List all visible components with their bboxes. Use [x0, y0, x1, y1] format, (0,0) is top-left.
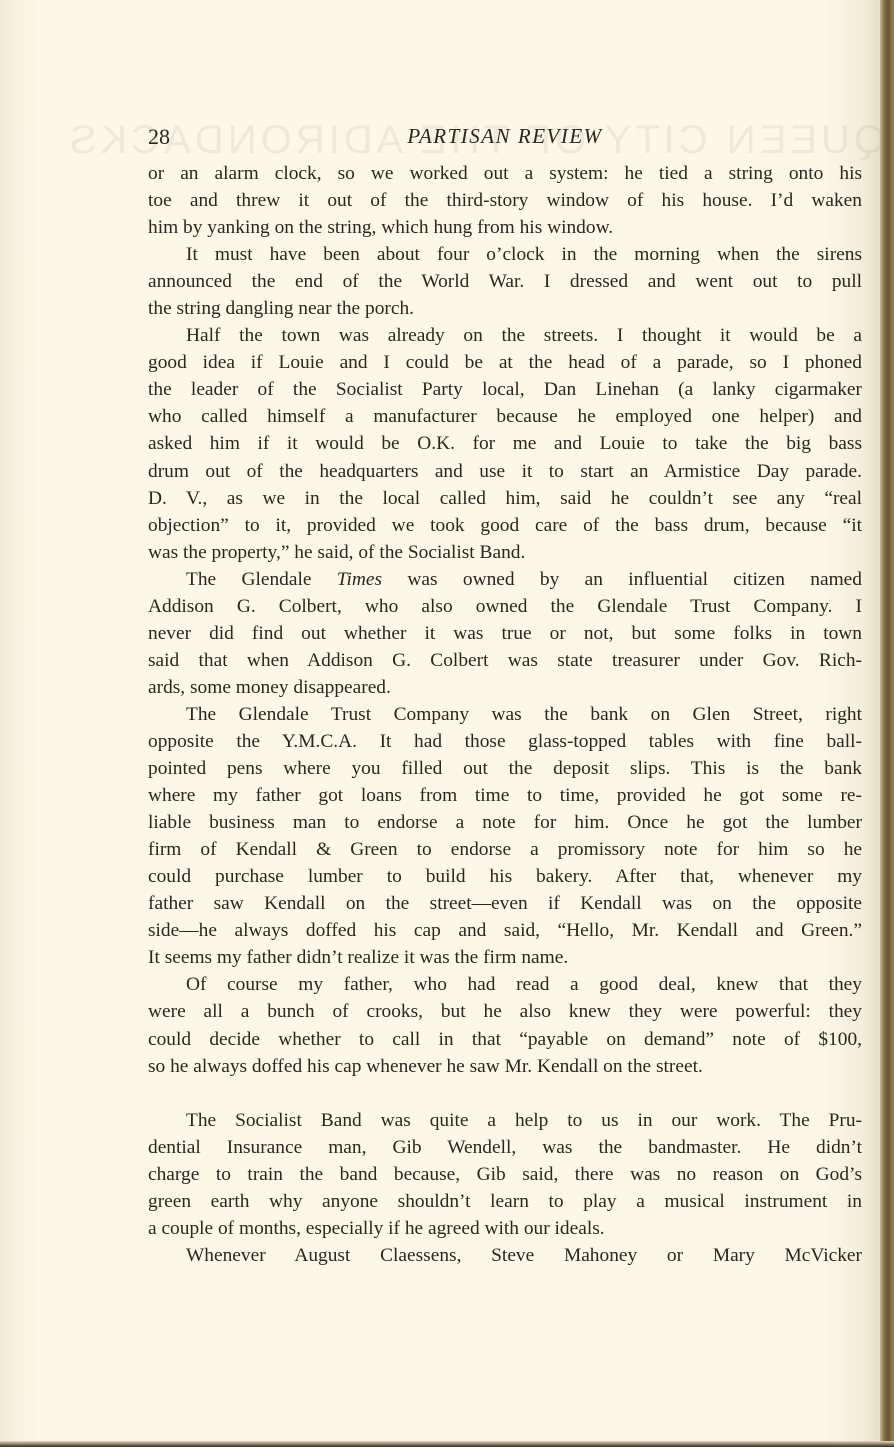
- text-line: or an alarm clock, so we worked out a sy…: [148, 160, 862, 187]
- paragraph-continuation: or an alarm clock, so we worked out a sy…: [148, 160, 862, 241]
- text-line: said that when Addison G. Colbert was st…: [148, 647, 862, 674]
- text-line: pointed pens where you filled out the de…: [148, 755, 862, 782]
- text-line: the string dangling near the porch.: [148, 295, 862, 322]
- text-line: announced the end of the World War. I dr…: [148, 268, 862, 295]
- page-spine-edge: [880, 0, 894, 1447]
- newspaper-title: Times: [337, 569, 382, 590]
- text-line: liable business man to endorse a note fo…: [148, 809, 862, 836]
- text-line: It must have been about four o’clock in …: [148, 241, 862, 268]
- body-text: or an alarm clock, so we worked out a sy…: [148, 160, 862, 1269]
- text-line: could purchase lumber to build his baker…: [148, 863, 862, 890]
- text-line: It seems my father didn’t realize it was…: [148, 944, 862, 971]
- journal-title: PARTISAN REVIEW: [148, 124, 862, 149]
- text-line: objection” to it, provided we took good …: [148, 512, 862, 539]
- running-head: 28 PARTISAN REVIEW: [148, 124, 862, 154]
- paragraph: Whenever August Claessens, Steve Mahoney…: [148, 1242, 862, 1269]
- text-line: where my father got loans from time to t…: [148, 782, 862, 809]
- paragraph: The Glendale Trust Company was the bank …: [148, 701, 862, 971]
- paragraph: Of course my father, who had read a good…: [148, 971, 862, 1079]
- text-line: were all a bunch of crooks, but he also …: [148, 998, 862, 1025]
- page-bottom-edge: [0, 1441, 894, 1447]
- text-line: firm of Kendall & Green to endorse a pro…: [148, 836, 862, 863]
- text-line: drum out of the headquarters and use it …: [148, 458, 862, 485]
- text-line: so he always doffed his cap whenever he …: [148, 1053, 862, 1080]
- book-page: QUEEN CITY OF THE ADIRONDACKS 28 PARTISA…: [0, 0, 894, 1447]
- text-line: charge to train the band because, Gib sa…: [148, 1161, 862, 1188]
- text-line: could decide whether to call in that “pa…: [148, 1026, 862, 1053]
- text-line: D. V., as we in the local called him, sa…: [148, 485, 862, 512]
- text-line: opposite the Y.M.C.A. It had those glass…: [148, 728, 862, 755]
- text-line: Addison G. Colbert, who also owned the G…: [148, 593, 862, 620]
- text-line: ards, some money disappeared.: [148, 674, 862, 701]
- text-line: Of course my father, who had read a good…: [148, 971, 862, 998]
- text-line: the leader of the Socialist Party local,…: [148, 376, 862, 403]
- text-line: dential Insurance man, Gib Wendell, was …: [148, 1134, 862, 1161]
- text-line: never did find out whether it was true o…: [148, 620, 862, 647]
- text-line: The Glendale Trust Company was the bank …: [148, 701, 862, 728]
- text-line: The Glendale Times was owned by an influ…: [148, 566, 862, 593]
- text-line: toe and threw it out of the third-story …: [148, 187, 862, 214]
- text-line: good idea if Louie and I could be at the…: [148, 349, 862, 376]
- paragraph: It must have been about four o’clock in …: [148, 241, 862, 322]
- text-line: The Socialist Band was quite a help to u…: [148, 1107, 862, 1134]
- text-line: green earth why anyone shouldn’t learn t…: [148, 1188, 862, 1215]
- text-line: asked him if it would be O.K. for me and…: [148, 430, 862, 457]
- text-line: father saw Kendall on the street—even if…: [148, 890, 862, 917]
- text-line: was the property,” he said, of the Socia…: [148, 539, 862, 566]
- paragraph: The Glendale Times was owned by an influ…: [148, 566, 862, 701]
- text-line: Whenever August Claessens, Steve Mahoney…: [148, 1242, 862, 1269]
- text-line: side—he always doffed his cap and said, …: [148, 917, 862, 944]
- text-line: him by yanking on the string, which hung…: [148, 214, 862, 241]
- text-line: who called himself a manufacturer becaus…: [148, 403, 862, 430]
- paragraph: The Socialist Band was quite a help to u…: [148, 1107, 862, 1242]
- text-line: Half the town was already on the streets…: [148, 322, 862, 349]
- paragraph: Half the town was already on the streets…: [148, 322, 862, 565]
- text-line: a couple of months, especially if he agr…: [148, 1215, 862, 1242]
